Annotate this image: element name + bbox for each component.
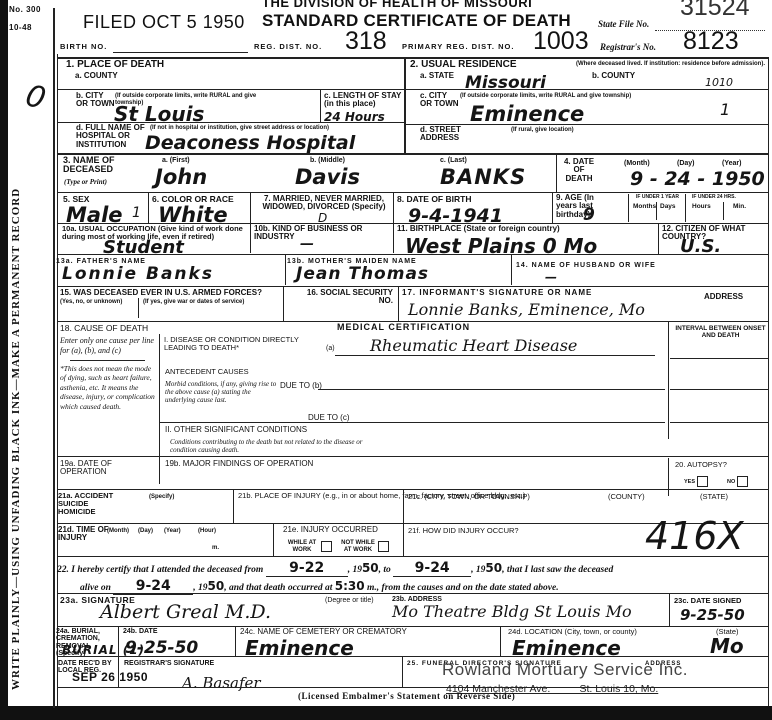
hours-label: Hours <box>692 203 711 210</box>
line <box>57 89 404 90</box>
degree-label: (Degree or title) <box>325 597 374 604</box>
under-year-label: IF UNDER 1 YEAR <box>636 195 679 201</box>
certificate-title: STANDARD CERTIFICATE OF DEATH <box>262 11 571 31</box>
line <box>403 524 404 556</box>
pod-city-label: b. CITY OR TOWN <box>76 92 116 109</box>
registrar-signature: A. Basafer <box>182 674 261 692</box>
business-label: 10b. KIND OF BUSINESS OR INDUSTRY <box>254 225 389 242</box>
dod-month-label: (Month) <box>624 160 650 168</box>
line <box>57 626 768 627</box>
registrar-no-label: Registrar's No. <box>600 42 656 52</box>
pod-county-label: a. COUNTY <box>75 72 118 80</box>
armed-forces-label: 15. WAS DECEASED EVER IN U.S. ARMED FORC… <box>60 289 262 297</box>
autopsy-yes[interactable]: YES <box>684 476 708 487</box>
scan-edge-left <box>0 0 8 720</box>
line <box>500 627 501 657</box>
res-street-label: d. STREET ADDRESS <box>420 126 475 143</box>
line <box>320 90 321 122</box>
primary-reg-dist-no: 1003 <box>533 27 589 56</box>
part2-label: II. OTHER SIGNIFICANT CONDITIONS <box>165 426 307 434</box>
part1-label: I. DISEASE OR CONDITION DIRECTLY LEADING… <box>164 336 314 352</box>
cause-a-label: (a) <box>326 345 335 352</box>
location-label: 24d. LOCATION (City, town, or county) <box>508 628 637 636</box>
birth-no-line <box>113 52 248 53</box>
filed-stamp: FILED OCT 5 1950 <box>83 12 245 33</box>
injury-city-label: 21c. (CITY, TOWN, OR TOWNSHIP) <box>408 493 530 501</box>
line <box>669 594 670 626</box>
cert-text-b: , that I last saw the deceased <box>502 565 613 575</box>
date-signed-label: 23c. DATE SIGNED <box>674 597 741 605</box>
border-right <box>768 58 769 706</box>
min-label: Min. <box>733 203 746 210</box>
res-city: Eminence <box>470 102 584 126</box>
state-file-no: 31524 <box>680 0 750 22</box>
line <box>57 192 768 193</box>
line <box>235 627 236 657</box>
line <box>70 360 145 361</box>
margin-mark: 0 <box>22 78 50 117</box>
res-county-mark: 1010 <box>705 76 733 89</box>
line <box>670 422 768 423</box>
reg-dist-label: REG. DIST. NO. <box>254 43 322 51</box>
line <box>57 254 768 255</box>
pod-hospital: Deaconess Hospital <box>145 132 355 154</box>
informant-address-label: ADDRESS <box>704 293 743 301</box>
birthplace-label: 11. BIRTHPLACE (State or foreign country… <box>397 225 560 233</box>
sex-mark: 1 <box>132 205 141 221</box>
line <box>159 334 160 484</box>
reg-dist-no: 318 <box>345 27 387 56</box>
form-revision: 10-48 <box>9 23 32 32</box>
cert-line1: 22. I hereby certify that I attended the… <box>57 560 613 577</box>
line <box>402 657 403 687</box>
business: — <box>300 236 314 252</box>
residence-note: (Where deceased lived. If institution: r… <box>525 61 765 68</box>
autopsy-yes-checkbox[interactable] <box>697 476 708 487</box>
residence-heading: 2. USUAL RESIDENCE <box>410 60 517 71</box>
line <box>57 286 768 287</box>
dod-day-label: (Day) <box>677 160 695 168</box>
physician-signature: Albert Greal M.D. <box>100 601 271 623</box>
antecedent-note: Morbid conditions, if any, giving rise t… <box>165 380 277 404</box>
cert-text-d: m., from the causes and on the date stat… <box>367 583 559 593</box>
middle-name: Davis <box>295 165 360 189</box>
last-name-label: c. (Last) <box>440 157 467 165</box>
injury-m-label: m. <box>212 545 219 552</box>
line <box>57 456 768 457</box>
dod-year-label: (Year) <box>722 160 741 168</box>
line <box>668 458 669 496</box>
line <box>273 524 274 556</box>
cert-to-date: 9-24 <box>393 560 471 577</box>
autopsy-no[interactable]: NO <box>727 476 748 487</box>
armed-forces-note2: (If yes, give war or dates of service) <box>143 299 244 306</box>
medical-cert-label: MEDICAL CERTIFICATION <box>337 323 470 332</box>
date-signed: 9-25-50 <box>680 606 745 624</box>
line <box>57 593 768 594</box>
line <box>57 687 768 688</box>
line <box>398 287 399 322</box>
cert-text-c: , and that death occurred at <box>224 583 332 593</box>
dod-label: 4. DATE OF DEATH <box>560 158 598 183</box>
injury-how-label: 21f. HOW DID INJURY OCCUR? <box>408 527 519 535</box>
injury-at-work[interactable]: WHILE AT WORK <box>283 538 332 556</box>
at-work-label: WHILE AT WORK <box>283 540 321 553</box>
line <box>283 287 284 322</box>
res-city-label: c. CITY OR TOWN <box>420 92 460 109</box>
ssn-label: 16. SOCIAL SECURITY NO. <box>293 289 393 306</box>
spouse-label: 14. NAME OF HUSBAND OR WIFE <box>516 262 656 269</box>
line <box>670 389 768 390</box>
informant: Lonnie Banks, Eminence, Mo <box>408 300 645 319</box>
first-name: John <box>155 165 207 189</box>
primary-reg-dist-label: PRIMARY REG. DIST. NO. <box>402 43 514 51</box>
death-time: 5:30 <box>335 579 365 593</box>
line <box>685 194 686 222</box>
age: 9 <box>583 205 595 225</box>
spouse: — <box>545 270 557 284</box>
injury-year-label: (Year) <box>164 528 181 535</box>
at-work-checkbox[interactable] <box>321 541 332 552</box>
burial-date-label: 24b. DATE <box>123 628 158 635</box>
line <box>628 194 629 222</box>
interval-label: INTERVAL BETWEEN ONSET AND DEATH <box>673 326 768 340</box>
line <box>159 422 665 423</box>
line <box>57 153 769 155</box>
autopsy-no-checkbox[interactable] <box>737 476 748 487</box>
cause-footnote: *This does not mean the mode of dying, s… <box>60 364 155 411</box>
scan-edge-bottom <box>0 706 772 720</box>
line <box>57 556 768 557</box>
code-mark: 416X <box>645 514 744 558</box>
line <box>723 202 724 220</box>
first-name-label: a. (First) <box>162 157 190 165</box>
name-note: (Type or Print) <box>64 178 107 186</box>
line <box>668 322 669 439</box>
line <box>335 355 655 356</box>
line <box>556 154 557 192</box>
line <box>318 389 665 390</box>
armed-forces-note1: (Yes, no, or unknown) <box>60 299 122 306</box>
side-instruction: WRITE PLAINLY—USING UNFADING BLACK INK—M… <box>10 188 22 690</box>
line <box>148 193 149 223</box>
res-street-note: (If rural, give location) <box>511 127 574 134</box>
injury-county-label: (COUNTY) <box>608 493 645 501</box>
line <box>658 224 659 254</box>
cert-to-year: 50 <box>485 561 502 575</box>
line <box>511 255 512 285</box>
res-city-note: (If outside corporate limits, write RURA… <box>460 93 700 100</box>
informant-label: 17. INFORMANT'S SIGNATURE OR NAME <box>402 289 592 297</box>
pod-hospital-label: d. FULL NAME OF HOSPITAL OR INSTITUTION <box>76 124 146 149</box>
place-of-death-heading: 1. PLACE OF DEATH <box>66 60 164 71</box>
line <box>57 656 768 657</box>
funeral-home: Rowland Mortuary Service Inc. <box>442 660 688 680</box>
pod-hospital-note: (If not in hospital or institution, give… <box>150 125 400 132</box>
part2-note: Conditions contributing to the death but… <box>170 438 390 454</box>
registrar-no: 8123 <box>683 27 739 56</box>
injury-day-label: (Day) <box>138 528 153 535</box>
op-date-label: 19a. DATE OF OPERATION <box>60 460 156 477</box>
months-label: Months <box>633 203 656 210</box>
injury-month-label: (Month) <box>107 528 129 535</box>
burial-date: 9-25-50 <box>125 638 198 658</box>
res-state: Missouri <box>465 73 546 93</box>
autopsy-label: 20. AUTOPSY? <box>675 461 727 469</box>
line <box>404 89 768 90</box>
line <box>57 489 768 490</box>
injury-occurred-label: 21e. INJURY OCCURRED <box>283 526 378 534</box>
op-findings-label: 19b. MAJOR FINDINGS OF OPERATION <box>165 460 313 468</box>
not-at-work-checkbox[interactable] <box>378 541 389 552</box>
form-number: No. 300 <box>9 5 41 14</box>
alive-year: 50 <box>208 579 225 593</box>
not-at-work-label: NOT WHILE AT WORK <box>338 540 378 553</box>
name-label: 3. NAME OF DECEASED <box>63 156 133 175</box>
cause-a: Rheumatic Heart Disease <box>370 336 577 355</box>
agency-name: THE DIVISION OF HEALTH OF MISSOURI <box>262 0 532 10</box>
embalmer-note: (Licensed Embalmer's Statement on Revers… <box>298 691 515 701</box>
line <box>285 255 286 285</box>
res-county-label: b. COUNTY <box>592 72 635 80</box>
cert-text-a: 22. I hereby certify that I attended the… <box>57 565 263 575</box>
autopsy-yes-label: YES <box>684 479 695 485</box>
border-left <box>53 8 55 708</box>
line <box>656 202 657 220</box>
dob-label: 8. DATE OF BIRTH <box>397 195 471 204</box>
border-left-inner <box>57 54 58 706</box>
birth-no-label: BIRTH NO. <box>60 43 107 51</box>
autopsy-no-label: NO <box>727 479 735 485</box>
cause-heading: 18. CAUSE OF DEATH <box>60 324 148 333</box>
line <box>403 490 404 524</box>
cert-to-label: , to <box>379 565 391 575</box>
registrar-sig-label: REGISTRAR'S SIGNATURE <box>124 660 214 667</box>
father-name: Lonnie Banks <box>62 264 214 284</box>
line <box>552 193 553 223</box>
line <box>233 490 234 524</box>
line <box>138 298 139 318</box>
date-of-death: 9 - 24 - 1950 <box>630 168 765 190</box>
pod-stay-label: c. LENGTH OF STAY (in this place) <box>324 92 402 109</box>
section-divider-1-2 <box>404 58 406 153</box>
cert-from-year: 50 <box>362 561 379 575</box>
days-label: Days <box>660 203 676 210</box>
injury-not-at-work[interactable]: NOT WHILE AT WORK <box>338 538 389 556</box>
cert-from-date: 9-22 <box>266 560 348 577</box>
mother-name: Jean Thomas <box>296 264 429 284</box>
last-name: BANKS <box>440 165 526 189</box>
marital-label: 7. MARRIED, NEVER MARRIED, WIDOWED, DIVO… <box>254 195 394 212</box>
due-b-label: DUE TO (b) <box>280 382 322 390</box>
date-recd: SEP 26 1950 <box>72 670 148 684</box>
injury-specify: (Specify) <box>149 494 174 501</box>
middle-name-label: b. (Middle) <box>310 157 345 165</box>
injury-state-label: (STATE) <box>700 493 728 501</box>
under-24-label: IF UNDER 24 HRS. <box>692 195 736 201</box>
antecedent-label: ANTECEDENT CAUSES <box>165 368 249 376</box>
res-city-mark: 1 <box>720 100 730 119</box>
cert-address: Mo Theatre Bldg St Louis Mo <box>392 602 632 621</box>
alive-label: alive on <box>80 583 111 593</box>
location-state: Mo <box>710 634 744 658</box>
injury-hour-label: (Hour) <box>198 528 216 535</box>
state-file-label: State File No. <box>598 19 649 29</box>
cause-instruction: Enter only one cause per line for (a), (… <box>60 336 155 356</box>
line <box>670 358 768 359</box>
res-state-label: a. STATE <box>420 72 454 80</box>
injury-type-label: 21a. ACCIDENT SUICIDE HOMICIDE <box>58 492 118 516</box>
